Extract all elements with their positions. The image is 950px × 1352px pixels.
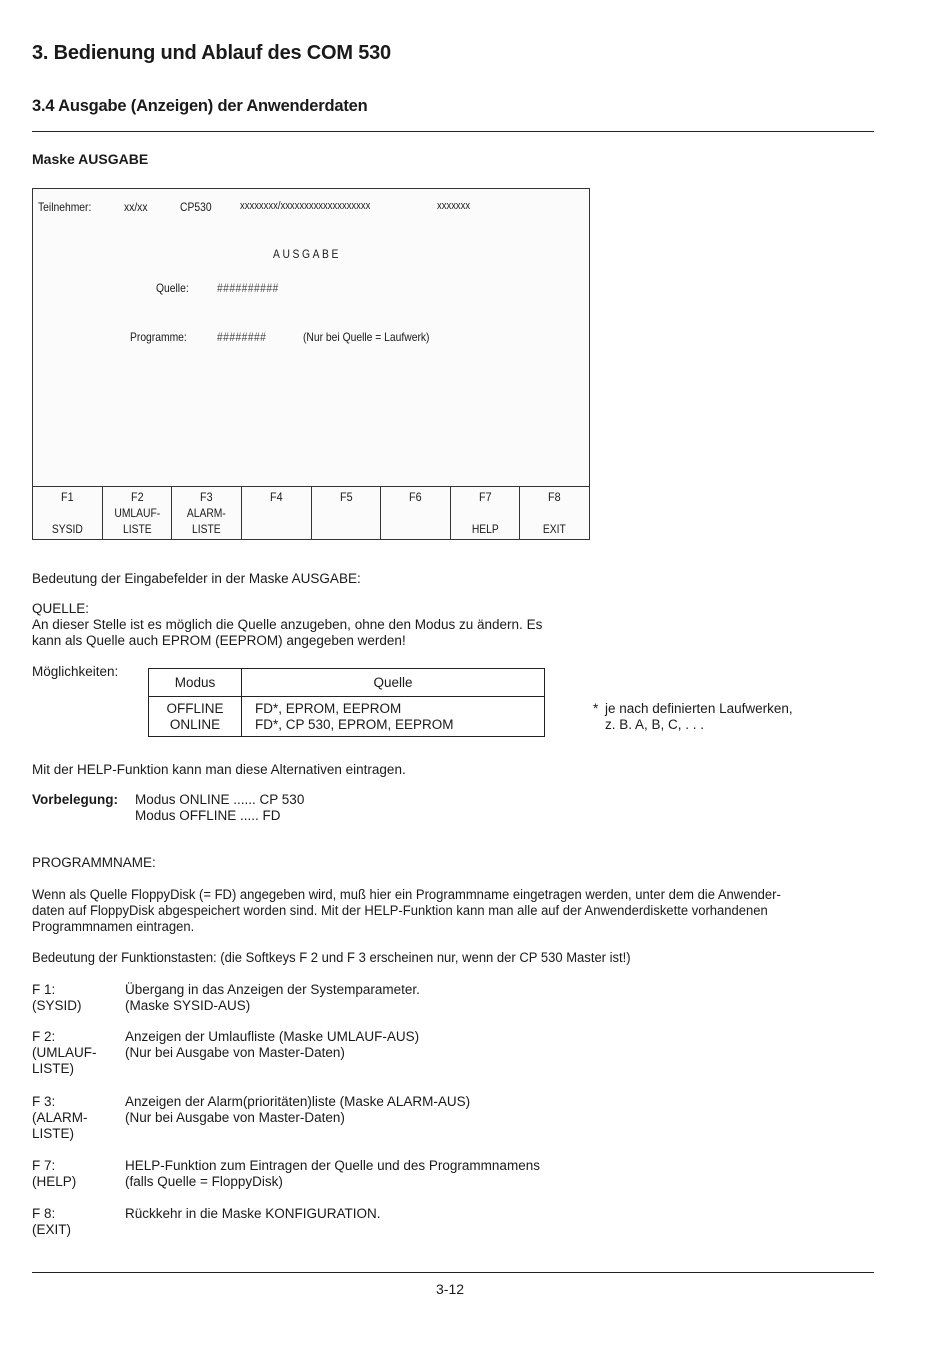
fkey-desc-text: Anzeigen der Alarm(prioritäten)liste (Ma… [125,1094,470,1126]
fkey-label: F3 [176,490,238,504]
options-label: Möglichkeiten: [32,664,118,680]
column-header: Modus [149,669,242,697]
fkey-f6: F6 [381,487,451,539]
quelle-heading: QUELLE: [32,601,89,617]
programmname-heading: PROGRAMMNAME: [32,855,156,871]
footnote-line: je nach definierten Laufwerken, [605,701,793,717]
key-line: (HELP) [32,1174,76,1190]
quelle-value: FD*, EPROM, EEPROM [255,701,544,717]
programmname-text-line: Wenn als Quelle FloppyDisk (= FD) angege… [32,887,781,903]
status-device: CP530 [180,200,212,214]
status-station: xx/xx [124,200,148,214]
key-line: F 3: [32,1094,88,1110]
default-line: Modus ONLINE ...... CP 530 [135,792,304,808]
default-label: Vorbelegung: [32,792,118,808]
fkey-desc-key: F 1: (SYSID) [32,982,82,1014]
desc-line: (Maske SYSID-AUS) [125,998,420,1014]
quelle-field: ########## [217,281,279,295]
fields-intro: Bedeutung der Eingabefelder in der Maske… [32,571,361,587]
subsection-title: Maske AUSGABE [32,151,148,167]
desc-line: (Nur bei Ausgabe von Master-Daten) [125,1110,470,1126]
fkey-f1: F1 SYSID [33,487,103,539]
function-key-bar: F1 SYSID F2 UMLAUF- LISTE F3 ALARM- LIST… [33,486,589,539]
fkey-label: F2 [106,490,168,504]
key-line: (SYSID) [32,998,82,1014]
footnote-line: z. B. A, B, C, . . . [605,717,793,733]
mask-ausgabe-screen: Teilnehmer: xx/xx CP530 xxxxxxxx/xxxxxxx… [32,188,590,540]
fkey-label: F5 [315,490,377,504]
fkey-desc-key: F 7: (HELP) [32,1158,76,1190]
programme-label: Programme: [130,330,187,344]
desc-line: Anzeigen der Alarm(prioritäten)liste (Ma… [125,1094,470,1110]
status-label: Teilnehmer: [38,200,91,214]
key-line: (UMLAUF- [32,1045,97,1061]
header-divider [32,131,874,132]
help-note: Mit der HELP-Funktion kann man diese Alt… [32,762,406,778]
modus-value: OFFLINE [149,701,241,717]
mask-title: AUSGABE [273,247,341,261]
fkey-desc-key: F 3: (ALARM- LISTE) [32,1094,88,1142]
footer-divider [32,1272,874,1273]
key-line: LISTE) [32,1061,97,1077]
fkey-f7: F7 HELP [451,487,521,539]
fkey-f3: F3 ALARM- LISTE [172,487,242,539]
quelle-label: Quelle: [156,281,189,295]
fkey-text: ALARM- [177,506,236,520]
key-line: (EXIT) [32,1222,71,1238]
quelle-cell: FD*, EPROM, EEPROM FD*, CP 530, EPROM, E… [242,697,545,737]
fkey-text: UMLAUF- [107,506,166,520]
fkey-desc-text: Anzeigen der Umlaufliste (Maske UMLAUF-A… [125,1029,419,1061]
fkey-f2: F2 UMLAUF- LISTE [103,487,173,539]
key-line: F 8: [32,1206,71,1222]
function-keys-intro: Bedeutung der Funktionstasten: (die Soft… [32,950,631,966]
desc-line: Rückkehr in die Maske KONFIGURATION. [125,1206,381,1222]
key-line: F 1: [32,982,82,998]
fkey-label: F4 [245,490,307,504]
programmname-text-line: daten auf FloppyDisk abgespeichert worde… [32,903,768,919]
fkey-desc-text: Übergang in das Anzeigen der Systemparam… [125,982,420,1014]
footnote-mark: * [593,701,598,717]
fkey-label: F7 [454,490,516,504]
quelle-value: FD*, CP 530, EPROM, EEPROM [255,717,544,733]
status-path: xxxxxxxx/xxxxxxxxxxxxxxxxxxx [240,200,370,212]
modus-cell: OFFLINE ONLINE [149,697,242,737]
programmname-text-line: Programmnamen eintragen. [32,919,194,935]
footnote-text: je nach definierten Laufwerken, z. B. A,… [605,701,793,733]
desc-line: Anzeigen der Umlaufliste (Maske UMLAUF-A… [125,1029,419,1045]
key-line: (ALARM- [32,1110,88,1126]
desc-line: (falls Quelle = FloppyDisk) [125,1174,540,1190]
status-extra: xxxxxxx [437,200,470,212]
section-title: 3.4 Ausgabe (Anzeigen) der Anwenderdaten [32,97,368,116]
fkey-desc-text: Rückkehr in die Maske KONFIGURATION. [125,1206,381,1222]
fkey-text: LISTE [177,522,236,536]
desc-line: Übergang in das Anzeigen der Systemparam… [125,982,420,998]
fkey-text: LISTE [107,522,166,536]
fkey-label: F6 [385,490,447,504]
table-header-row: Modus Quelle [149,669,545,697]
fkey-text: SYSID [38,522,97,536]
fkey-desc-key: F 2: (UMLAUF- LISTE) [32,1029,97,1077]
desc-line: HELP-Funktion zum Eintragen der Quelle u… [125,1158,540,1174]
options-table: Modus Quelle OFFLINE ONLINE FD*, EPROM, … [148,668,545,737]
fkey-f8: F8 EXIT [520,487,589,539]
page-number: 3-12 [436,1281,464,1297]
modus-value: ONLINE [149,717,241,733]
fkey-text: HELP [456,522,515,536]
fkey-label: F1 [36,490,98,504]
fkey-desc-key: F 8: (EXIT) [32,1206,71,1238]
table-row: OFFLINE ONLINE FD*, EPROM, EEPROM FD*, C… [149,697,545,737]
key-line: LISTE) [32,1126,88,1142]
default-line: Modus OFFLINE ..... FD [135,808,281,824]
chapter-title: 3. Bedienung und Ablauf des COM 530 [32,42,391,65]
fkey-f4: F4 [242,487,312,539]
key-line: F 2: [32,1029,97,1045]
programme-note: (Nur bei Quelle = Laufwerk) [303,330,429,344]
key-line: F 7: [32,1158,76,1174]
column-header: Quelle [242,669,545,697]
desc-line: (Nur bei Ausgabe von Master-Daten) [125,1045,419,1061]
programme-field: ######## [217,330,266,344]
quelle-text-line: An dieser Stelle ist es möglich die Quel… [32,617,542,633]
fkey-label: F8 [524,490,586,504]
fkey-f5: F5 [312,487,382,539]
quelle-text-line: kann als Quelle auch EPROM (EEPROM) ange… [32,633,406,649]
fkey-text: EXIT [525,522,584,536]
fkey-desc-text: HELP-Funktion zum Eintragen der Quelle u… [125,1158,540,1190]
